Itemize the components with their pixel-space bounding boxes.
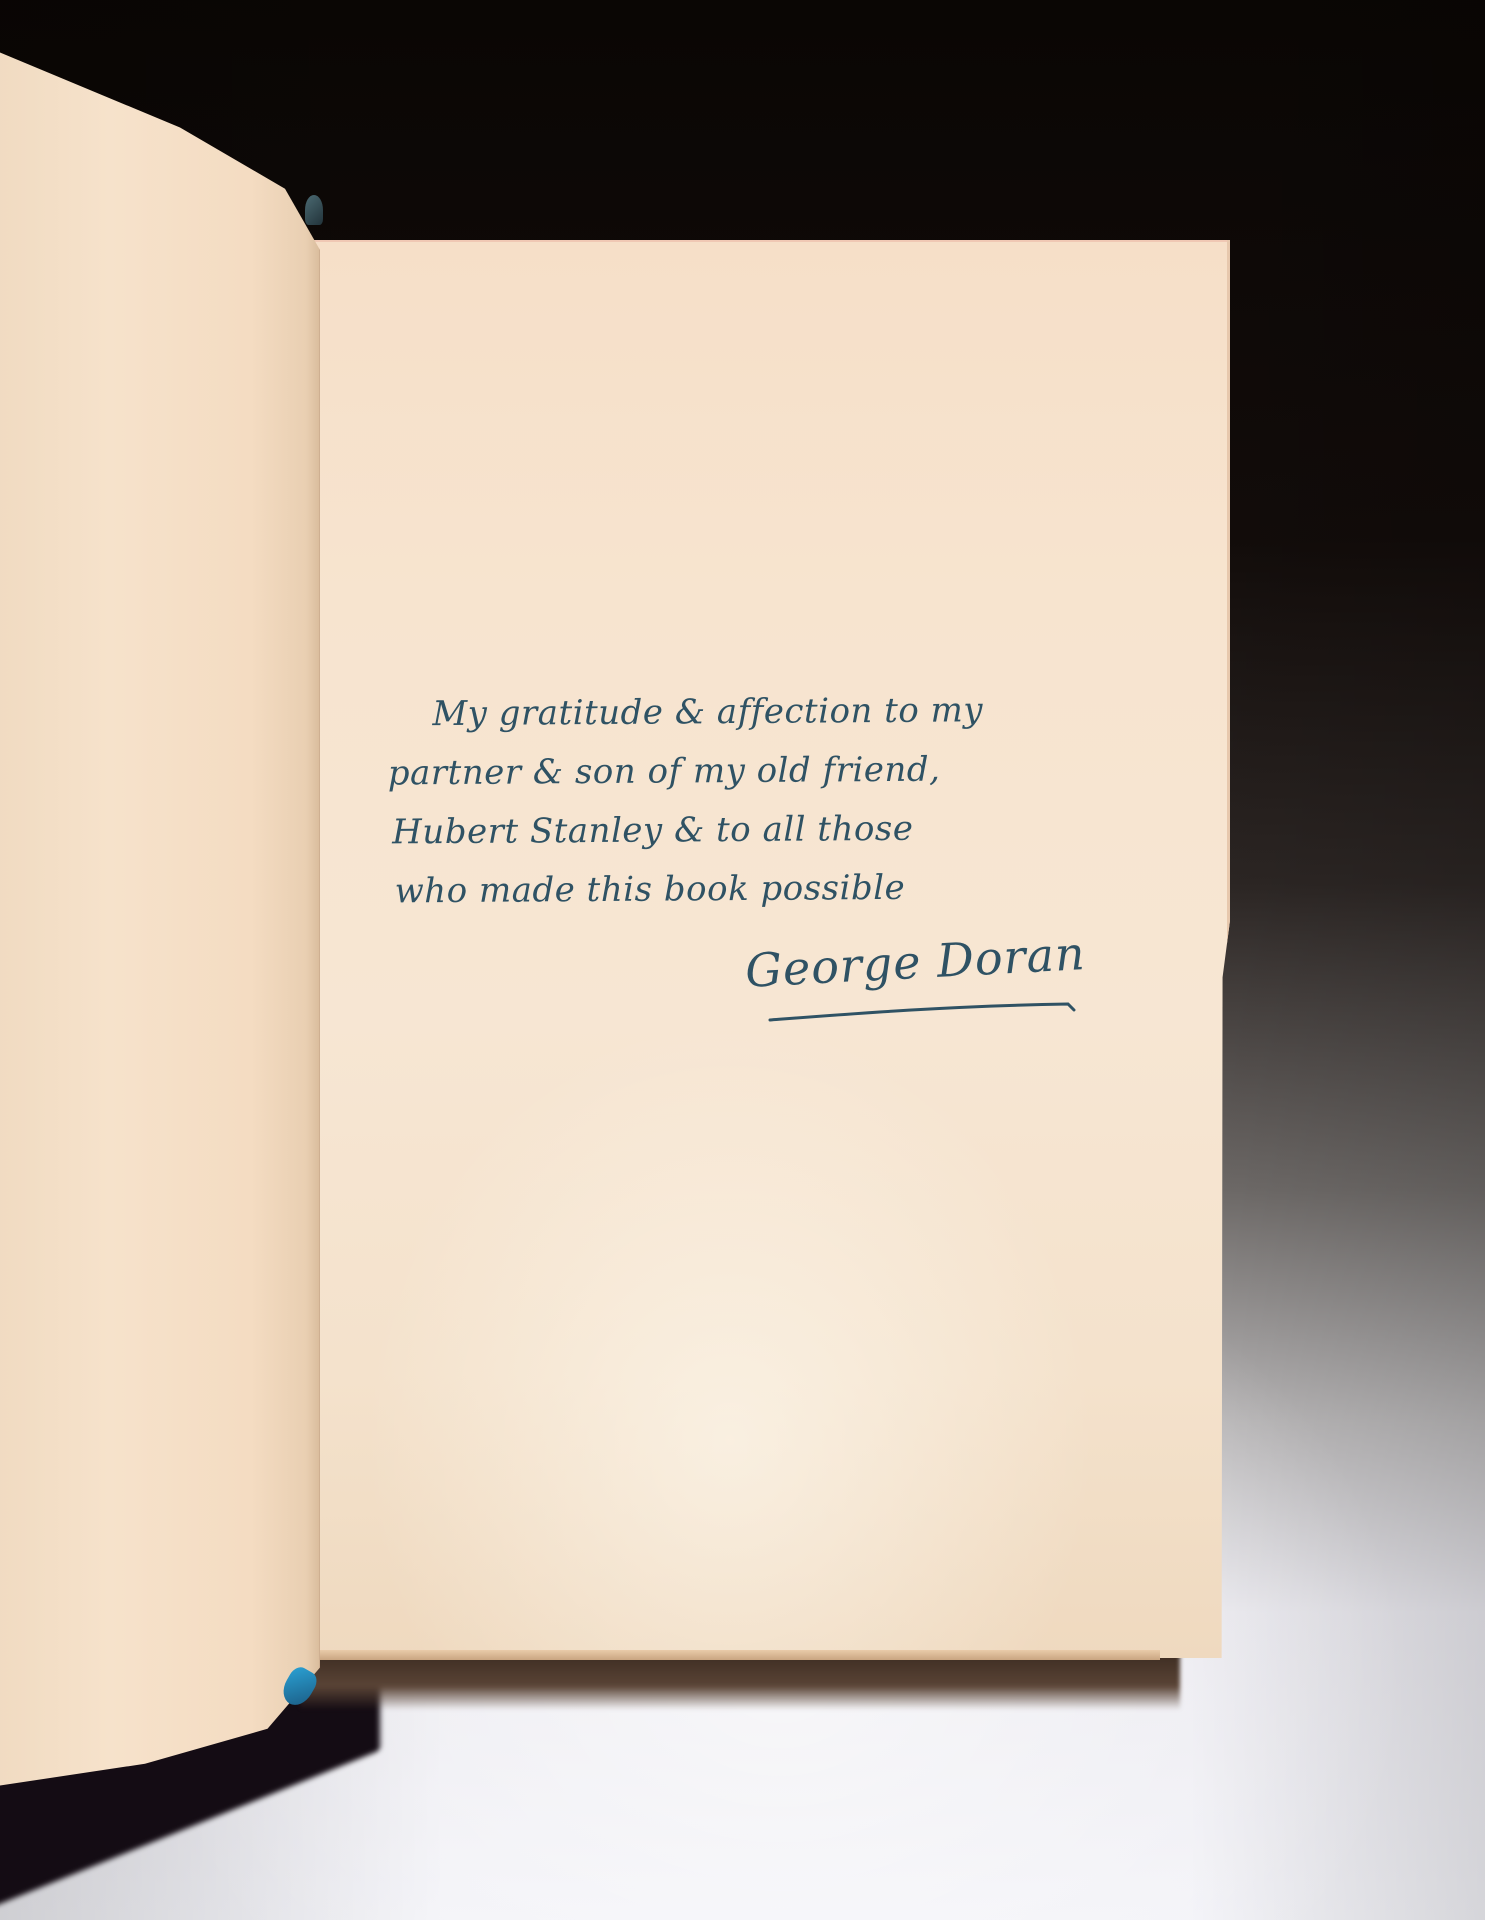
signature-underline-icon <box>768 1000 1078 1024</box>
cover-edge-top <box>305 195 323 225</box>
inscription-line: Hubert Stanley & to all those <box>388 799 1088 863</box>
inscription-line: partner & son of my old friend, <box>388 740 1088 804</box>
inscription-line: who made this book possible <box>388 858 1088 922</box>
inscription-line: My gratitude & affection to my <box>387 681 1087 745</box>
handwritten-inscription: My gratitude & affection to my partner &… <box>387 681 1089 922</box>
page-stack-edge <box>300 1650 1160 1660</box>
left-page <box>0 40 320 1790</box>
